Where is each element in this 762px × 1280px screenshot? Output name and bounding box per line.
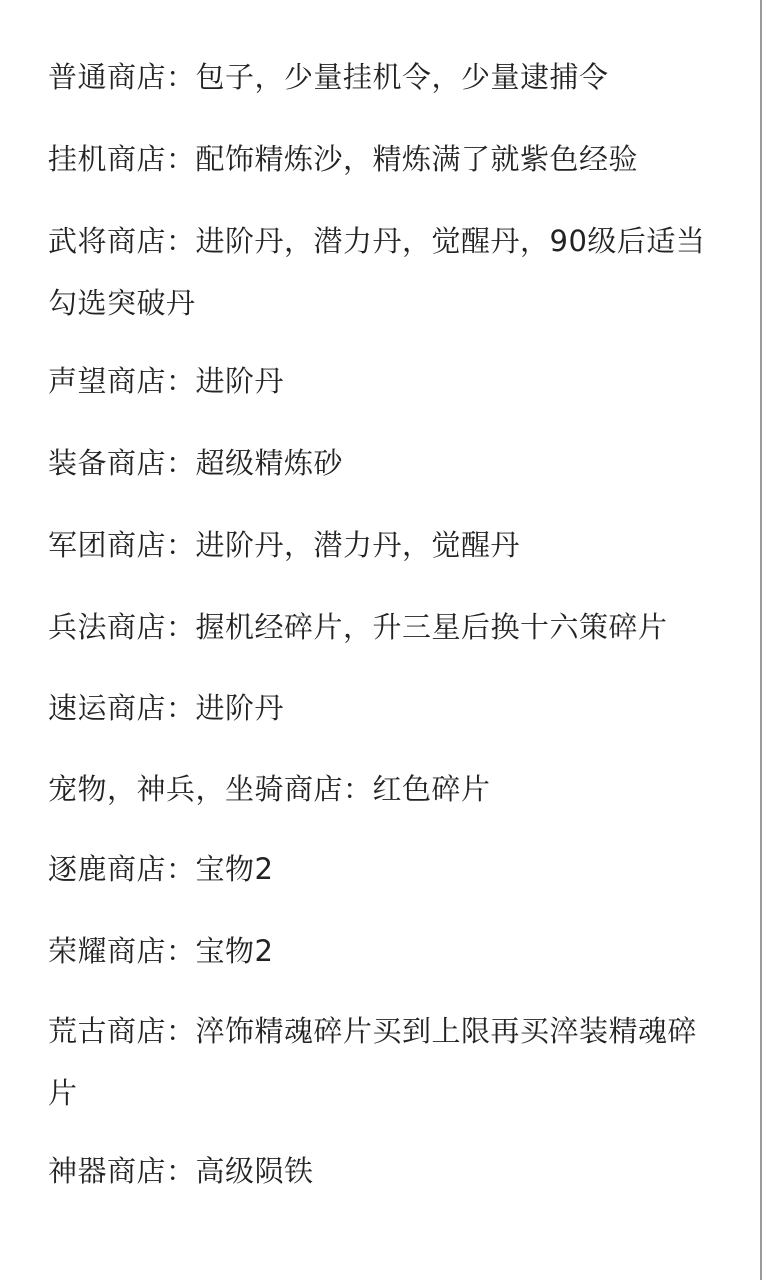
paragraph-general-shop: 普通商店：包子，少量挂机令，少量逮捕令 (48, 46, 718, 108)
paragraph-general-hero-shop: 武将商店：进阶丹，潜力丹，觉醒丹，90级后适当勾选突破丹 (48, 210, 718, 334)
paragraph-zhulu-shop: 逐鹿商店：宝物2 (48, 838, 718, 900)
paragraph-pet-weapon-mount-shop: 宠物，神兵，坐骑商店：红色碎片 (48, 758, 718, 820)
paragraph-ancient-shop: 荒古商店：淬饰精魂碎片买到上限再买淬装精魂碎片 (48, 1000, 718, 1124)
paragraph-tactics-shop: 兵法商店：握机经碎片，升三星后换十六策碎片 (48, 596, 718, 658)
paragraph-reputation-shop: 声望商店：进阶丹 (48, 350, 718, 412)
paragraph-glory-shop: 荣耀商店：宝物2 (48, 920, 718, 982)
paragraph-artifact-shop: 神器商店：高级陨铁 (48, 1140, 718, 1202)
paragraph-legion-shop: 军团商店：进阶丹，潜力丹，觉醒丹 (48, 514, 718, 576)
paragraph-equipment-shop: 装备商店：超级精炼砂 (48, 432, 718, 494)
paragraph-express-shop: 速运商店：进阶丹 (48, 677, 718, 739)
paragraph-idle-shop: 挂机商店：配饰精炼沙，精炼满了就紫色经验 (48, 128, 718, 190)
